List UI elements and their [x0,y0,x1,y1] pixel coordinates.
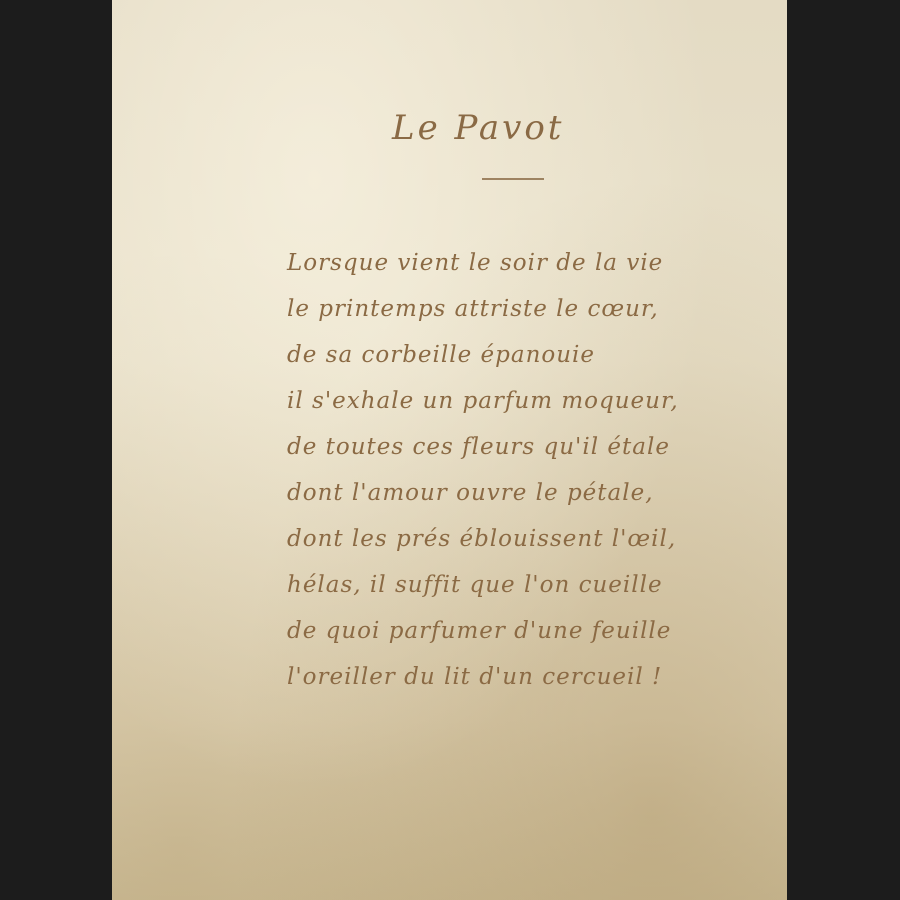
poem-line: de toutes ces fleurs qu'il étale [287,424,887,470]
poem-title: Le Pavot [392,108,564,148]
manuscript-page: Le Pavot Lorsque vient le soir de la vie… [112,0,787,900]
poem-line: l'oreiller du lit d'un cercueil ! [287,654,887,700]
title-flourish [482,178,544,180]
poem-line: dont l'amour ouvre le pétale, [287,470,887,516]
poem-line: hélas, il suffit que l'on cueille [287,562,887,608]
poem-line: de quoi parfumer d'une feuille [287,608,887,654]
poem-line: il s'exhale un parfum moqueur, [287,378,887,424]
poem-line: dont les prés éblouissent l'œil, [287,516,887,562]
poem-line: le printemps attriste le cœur, [287,286,887,332]
poem-body: Lorsque vient le soir de la vie le print… [287,240,887,700]
poem-line: Lorsque vient le soir de la vie [287,240,887,286]
poem-line: de sa corbeille épanouie [287,332,887,378]
